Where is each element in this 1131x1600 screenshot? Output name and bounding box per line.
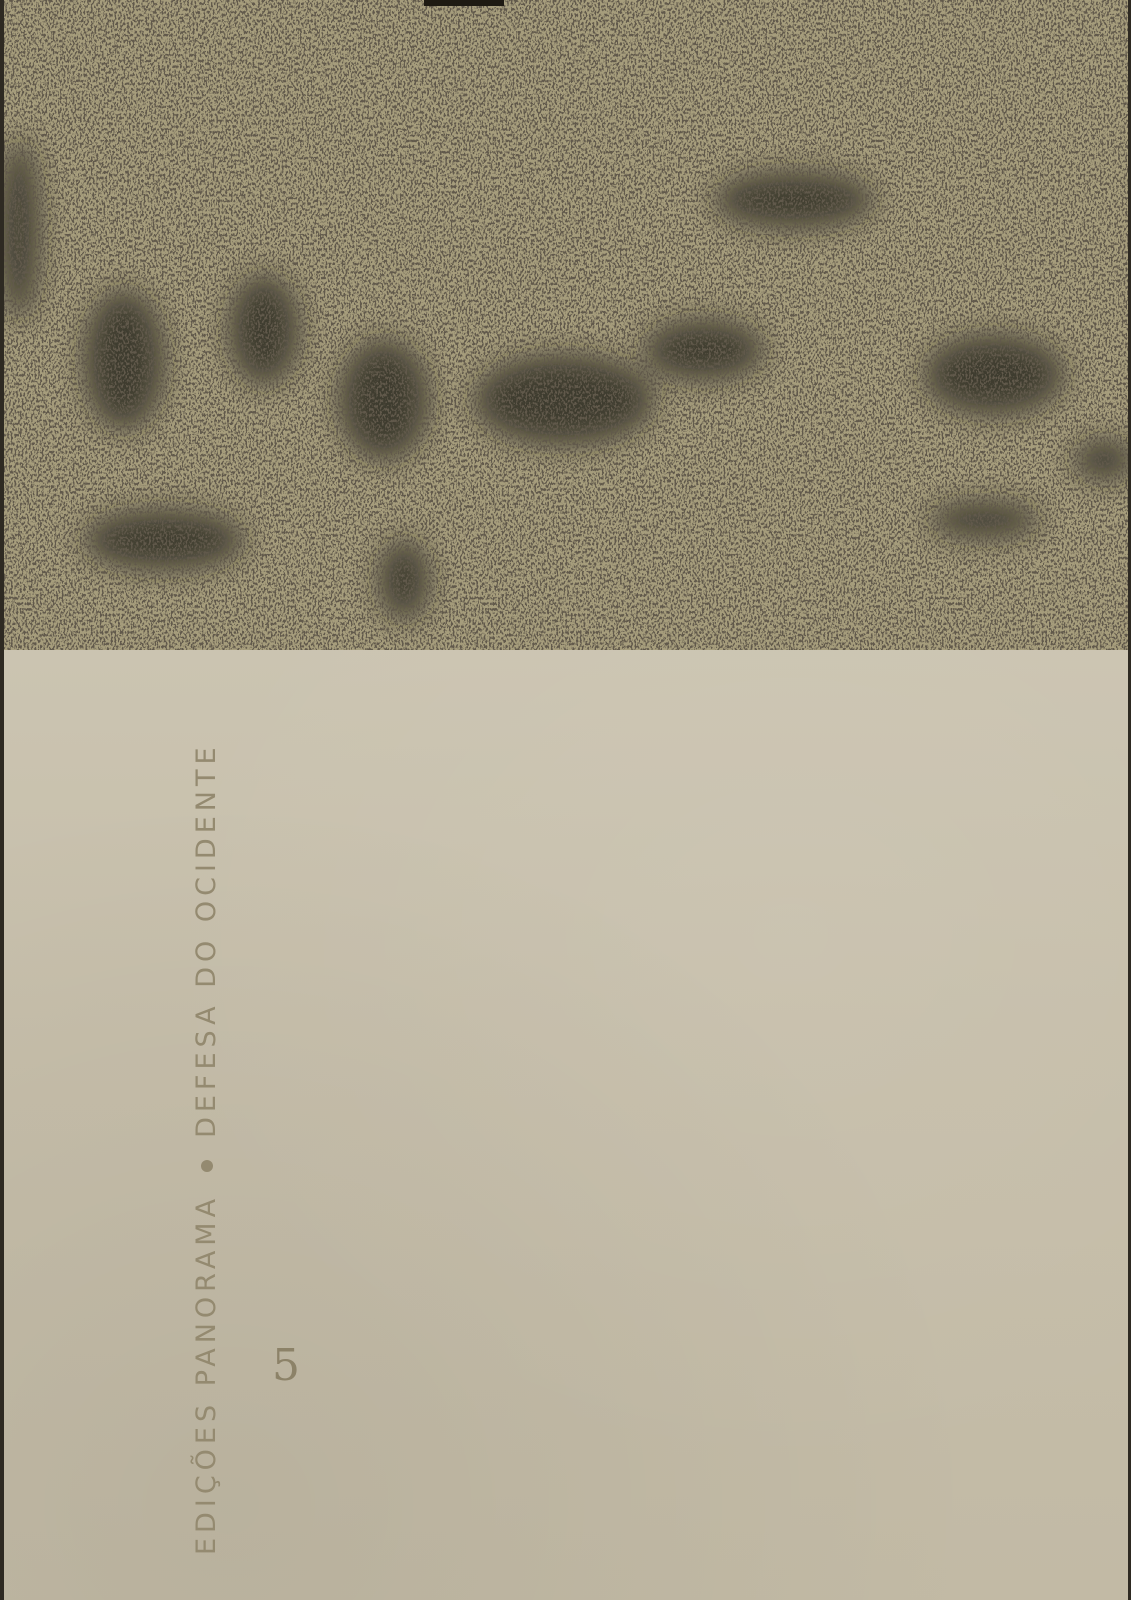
cover-artwork — [4, 0, 1128, 650]
volume-number: 5 — [272, 1340, 300, 1391]
cover-paper-area — [4, 650, 1128, 1600]
collection-label: DEFESA DO OCIDENTE — [191, 742, 222, 1137]
book-cover: EDIÇÕES PANORAMA DEFESA DO OCIDENTE 5 — [4, 0, 1128, 1600]
separator-dot-icon — [201, 1160, 213, 1172]
abstract-ink-texture-icon — [4, 0, 1128, 650]
series-title: EDIÇÕES PANORAMA DEFESA DO OCIDENTE — [191, 742, 222, 1555]
publisher-label: EDIÇÕES PANORAMA — [191, 1194, 222, 1555]
